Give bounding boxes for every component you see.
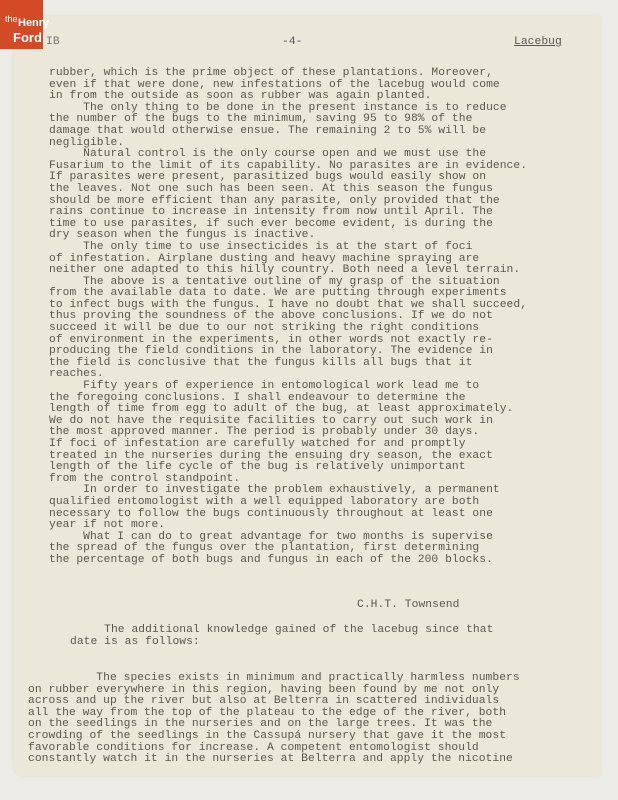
- body-text-block-2: The additional knowledge gained of the l…: [70, 625, 493, 648]
- text-line: The additional knowledge gained of the l…: [70, 625, 493, 637]
- text-line: the field is conclusive that the fungus …: [49, 358, 527, 370]
- logo-henry: Henry: [18, 18, 49, 29]
- text-line: neither one adapted to this hilly countr…: [49, 265, 527, 277]
- text-line: qualified entomologist with a well equip…: [49, 497, 527, 509]
- text-line: crowding of the seedlings in the Cassupá…: [28, 731, 520, 743]
- text-line: the percentage of both bugs and fungus i…: [49, 555, 527, 567]
- text-line: The only time to use insecticides is at …: [49, 242, 527, 254]
- page-number: -4-: [282, 37, 303, 49]
- text-line: rubber, which is the prime object of the…: [49, 68, 527, 80]
- text-line: The species exists in minimum and practi…: [28, 673, 520, 685]
- body-text-block-1: rubber, which is the prime object of the…: [49, 68, 527, 567]
- logo-ford: Ford: [13, 31, 42, 44]
- text-line: Fifty years of experience in entomologic…: [49, 381, 527, 393]
- text-line: constantly watch it in the nurseries at …: [28, 754, 520, 766]
- text-line: If foci of infestation are carefully wat…: [49, 439, 527, 451]
- header-left-mark: IB: [46, 37, 60, 49]
- text-line: succeed it will be due to our not striki…: [49, 323, 527, 335]
- signature: C.H.T. Townsend: [357, 600, 459, 612]
- text-line: Natural control is the only course open …: [49, 149, 527, 161]
- text-line: rains continue to increase in intensity …: [49, 207, 527, 219]
- document-title: Lacebug: [514, 37, 562, 49]
- text-line: year if not more.: [49, 520, 527, 532]
- text-line: date is as follows:: [70, 637, 493, 649]
- text-line: damage that would otherwise ensue. The r…: [49, 126, 527, 138]
- logo-the: the: [5, 15, 18, 24]
- body-text-block-3: The species exists in minimum and practi…: [28, 673, 520, 766]
- the-henry-ford-logo: the Henry Ford: [0, 0, 43, 49]
- text-line: the leaves. Not one such has been seen. …: [49, 184, 527, 196]
